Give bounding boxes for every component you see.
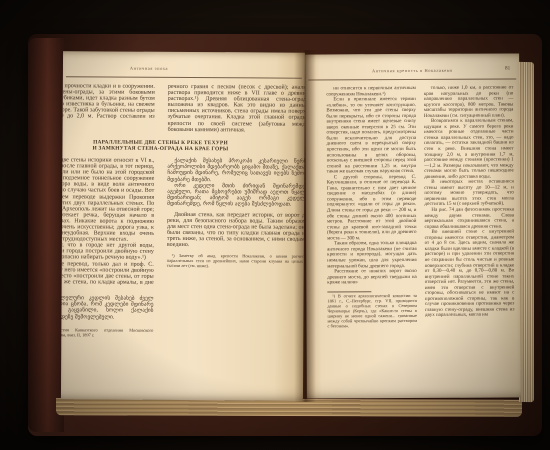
book-photo: Античная эпоха большую роль для прочност… <box>0 0 550 450</box>
page-stack-right-edge <box>519 62 534 402</box>
left-page-header: Античная эпоха <box>63 51 305 78</box>
left-column-1-georgian-text: ამ ორი პარალელური კედლის შესახებ ძველ წყ… <box>61 295 154 321</box>
right-body-column-2: только, ниже 1,0 км, а расстояние от кра… <box>424 85 515 328</box>
left-page: Античная эпоха большую роль для прочност… <box>61 51 305 400</box>
left-intro-column-2: речного гравия с песком (песок с дресвой… <box>168 84 305 134</box>
right-body-column-1: ни относится к первичным античным сооруж… <box>326 86 417 329</box>
left-running-head: Античная эпоха <box>63 65 305 71</box>
left-column-2-georgian-text: ქალაქის შესახებ პროკოპი კესარიელი წერს: … <box>167 158 305 208</box>
right-running-head: Античная крепость в Нокалакеви <box>305 67 519 73</box>
left-body-column-2: ქალაქის შესახებ პროკოპი კესარიელი წერს: … <box>166 158 305 340</box>
section-heading: ПАРАЛЛЕЛЬНЫЕ ДВЕ СТЕНЫ К РЕКЕ ТЕХУРИ И З… <box>61 139 263 153</box>
left-column-2-text: Двойная стена, как передает историк, от … <box>167 211 305 248</box>
right-page-body: ни относится к первичным античным сооруж… <box>305 79 520 329</box>
right-column-1-text: ни относится к первичным античным сооруж… <box>326 86 417 286</box>
left-page-footnote: ¹) В. Ган. Известия Кавказского отделени… <box>61 328 153 339</box>
left-body-column-1: Параллельные две стены историки относят … <box>61 157 154 339</box>
left-column-1-text: Параллельные две стены историки относят … <box>61 157 154 292</box>
left-intro-column-1: большую роль для прочности кладки и в со… <box>61 83 155 133</box>
left-column-2-note: ¹) Заметку об акад. крепости Нокалакеви,… <box>167 254 305 270</box>
footnote-separator <box>327 291 371 292</box>
right-page-number: 81 <box>505 65 510 71</box>
book-cover-left-edge <box>28 38 64 432</box>
right-page-header: Античная крепость в Нокалакеви 81 <box>305 53 519 80</box>
left-page-body: большую роль для прочности кладки и в со… <box>61 77 305 340</box>
page-block-bottom-edge <box>56 398 522 417</box>
right-page-footnote: ¹) В отчете археологической комиссии за … <box>327 294 417 329</box>
right-page: Античная крепость в Нокалакеви 81 ни отн… <box>305 53 521 398</box>
right-column-2-text: только, ниже 1,0 км, а расстояние от кра… <box>424 85 515 318</box>
section-heading-line-2: И ЗАМКНУТАЯ СТЕНА-ОГРАДА НА КРАЕ ГОРЫ <box>61 146 263 154</box>
